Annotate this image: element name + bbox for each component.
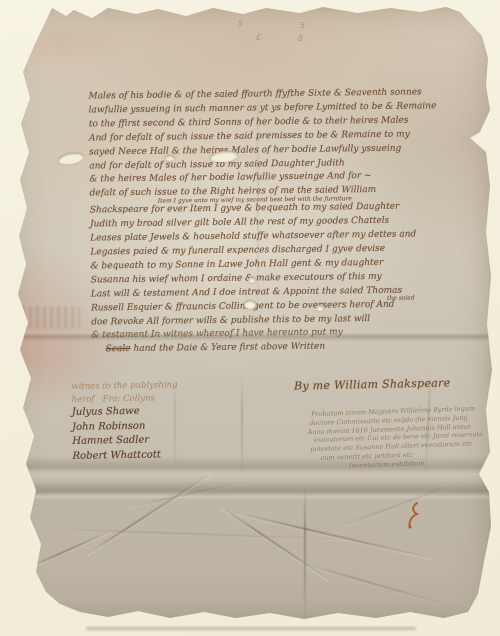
crease-line [30,530,111,568]
crease-line [48,528,348,540]
crease-line [128,481,246,508]
left-edge-stain [8,306,80,328]
paper-hole [57,151,85,166]
crease-line [85,472,212,555]
will-body-text: Males of his bodie & of the saied ffourt… [88,86,493,358]
crease-line [220,506,331,581]
fold-crease-band [8,480,492,500]
probate-note: Probatum coram Magistro Willielmo Byrde … [305,404,497,472]
vertical-crease [241,376,243,476]
shakespeare-signature: By me William Shakspeare [294,376,451,392]
vertical-crease [304,484,306,624]
faint-mark: 5 [300,22,305,30]
faint-mark: 5 [238,20,243,28]
paper-shadow [86,627,416,630]
struck-word: Seale [105,344,130,354]
witness-names: Julyus ShaweJohn RobinsonHamnet SadlerRo… [72,404,179,464]
paper-hole [244,300,256,309]
faint-mark: £ [256,34,261,42]
witness-block: witnes to the publyshing herof Fra: Coll… [71,379,179,464]
faint-top-marks: 5 5 £ 8 [226,18,326,46]
paper-hole [248,277,256,283]
faint-mark: 8 [298,35,303,43]
witness-signature: Robert Whattcott [72,448,178,464]
paper-hole [165,155,175,161]
crease-line [338,482,461,528]
crease-line [308,564,443,605]
red-ink-mark [402,500,426,532]
paper-hole [316,305,324,311]
manuscript-page: 5 5 £ 8 Males of his bodie & of the saie… [8,6,492,622]
ink-speck [36,609,47,621]
attestation-line: herof Fra: Collyns [71,392,177,406]
